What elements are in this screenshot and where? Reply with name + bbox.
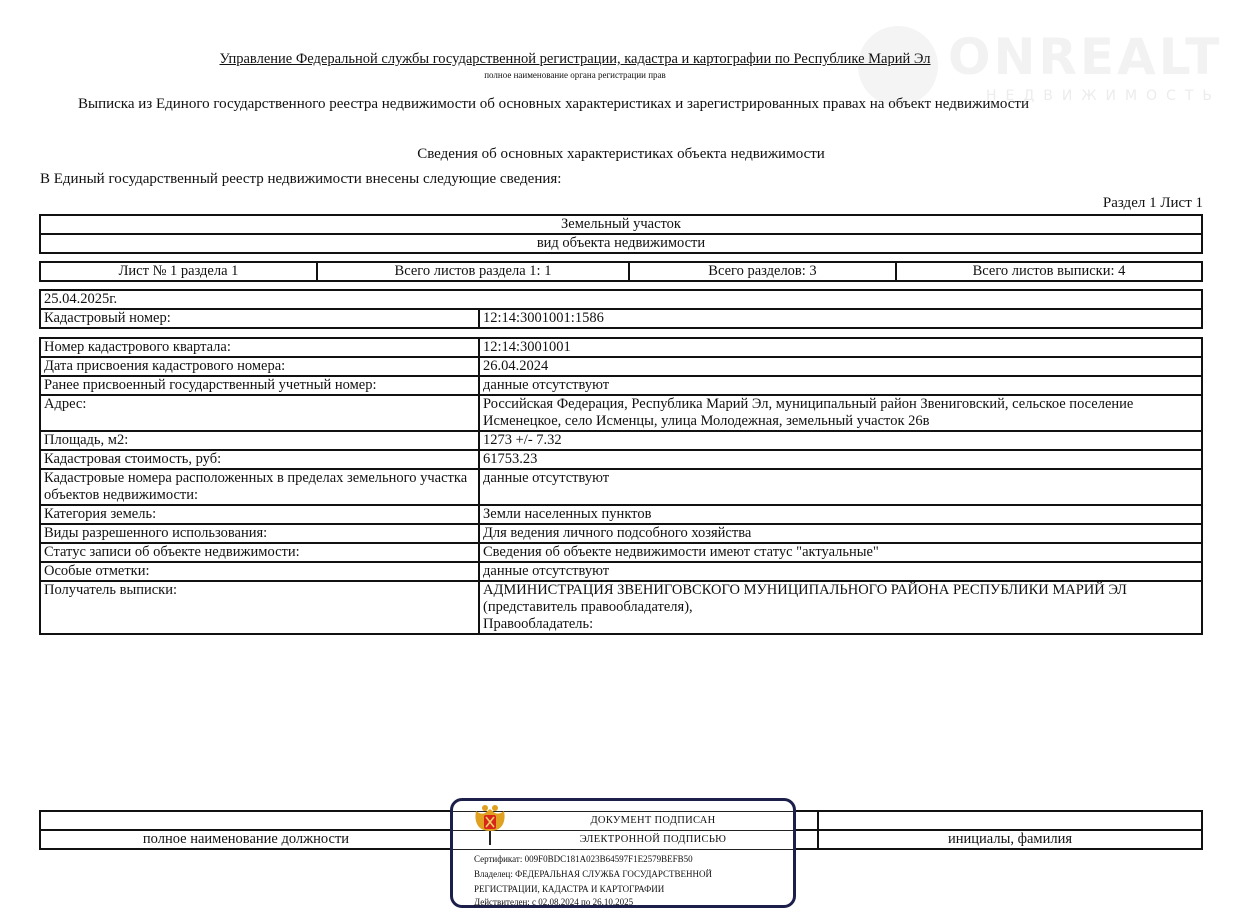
property-value-line: Правообладатель:	[483, 616, 1198, 633]
sheet-number: Лист № 1 раздела 1	[40, 262, 317, 281]
property-value-line: (представитель правообладателя),	[483, 599, 1198, 616]
organization-title: Управление Федеральной службы государств…	[0, 51, 1150, 68]
section-reference: Раздел 1 Лист 1	[1103, 195, 1203, 212]
property-row: Ранее присвоенный государственный учетны…	[40, 376, 1202, 395]
extract-title: Выписка из Единого государственного реес…	[78, 96, 1029, 113]
object-kind-value: Земельный участок	[40, 215, 1202, 234]
property-row: Номер кадастрового квартала:12:14:300100…	[40, 338, 1202, 357]
position-caption: полное наименование должности	[40, 830, 452, 849]
property-label: Кадастровая стоимость, руб:	[40, 450, 479, 469]
stamp-certificate: Сертификат: 009F0BDC181A023B64597F1E2579…	[474, 854, 693, 864]
section-sheets-count: Всего листов раздела 1: 1	[317, 262, 629, 281]
property-row: Кадастровая стоимость, руб:61753.23	[40, 450, 1202, 469]
property-value: 12:14:3001001	[479, 338, 1202, 357]
property-row: Кадастровые номера расположенных в преде…	[40, 469, 1202, 505]
property-value: данные отсутствуют	[479, 562, 1202, 581]
property-label: Виды разрешенного использования:	[40, 524, 479, 543]
property-label: Получатель выписки:	[40, 581, 479, 634]
properties-table: Номер кадастрового квартала:12:14:300100…	[39, 337, 1203, 635]
property-value-line: АДМИНИСТРАЦИЯ ЗВЕНИГОВСКОГО МУНИЦИПАЛЬНО…	[483, 582, 1198, 599]
property-row: Площадь, м2:1273 +/- 7.32	[40, 431, 1202, 450]
name-caption: инициалы, фамилия	[818, 830, 1202, 849]
property-row: Получатель выписки:АДМИНИСТРАЦИЯ ЗВЕНИГО…	[40, 581, 1202, 634]
total-sections: Всего разделов: 3	[629, 262, 896, 281]
property-row: Статус записи об объекте недвижимости:Св…	[40, 543, 1202, 562]
property-value: 1273 +/- 7.32	[479, 431, 1202, 450]
cadastral-number-label: Кадастровый номер:	[40, 309, 479, 328]
property-row: Виды разрешенного использования:Для веде…	[40, 524, 1202, 543]
property-label: Дата присвоения кадастрового номера:	[40, 357, 479, 376]
property-value: данные отсутствуют	[479, 469, 1202, 505]
property-label: Категория земель:	[40, 505, 479, 524]
property-label: Особые отметки:	[40, 562, 479, 581]
total-sheets: Всего листов выписки: 4	[896, 262, 1202, 281]
property-value: Земли населенных пунктов	[479, 505, 1202, 524]
property-row: Особые отметки:данные отсутствуют	[40, 562, 1202, 581]
russian-coat-of-arms-icon	[473, 803, 507, 847]
property-value: Для ведения личного подсобного хозяйства	[479, 524, 1202, 543]
property-row: Адрес:Российская Федерация, Республика М…	[40, 395, 1202, 431]
property-label: Статус записи об объекте недвижимости:	[40, 543, 479, 562]
intro-text: В Единый государственный реестр недвижим…	[40, 171, 561, 188]
property-row: Категория земель:Земли населенных пункто…	[40, 505, 1202, 524]
property-value: Российская Федерация, Республика Марий Э…	[479, 395, 1202, 431]
property-label: Ранее присвоенный государственный учетны…	[40, 376, 479, 395]
property-label: Кадастровые номера расположенных в преде…	[40, 469, 479, 505]
record-date: 25.04.2025г.	[40, 290, 1202, 309]
sheets-table: Лист № 1 раздела 1 Всего листов раздела …	[39, 261, 1203, 282]
property-value: данные отсутствуют	[479, 376, 1202, 395]
property-value: Сведения об объекте недвижимости имеют с…	[479, 543, 1202, 562]
property-label: Адрес:	[40, 395, 479, 431]
property-label: Площадь, м2:	[40, 431, 479, 450]
cadastral-number-value: 12:14:3001001:1586	[479, 309, 1202, 328]
organization-caption: полное наименование органа регистрации п…	[0, 70, 1150, 80]
section-title: Сведения об основных характеристиках объ…	[0, 146, 1242, 163]
stamp-owner-1: Владелец: ФЕДЕРАЛЬНАЯ СЛУЖБА ГОСУДАРСТВЕ…	[474, 869, 712, 879]
stamp-line-1: ДОКУМЕНТ ПОДПИСАН	[513, 815, 793, 826]
property-label: Номер кадастрового квартала:	[40, 338, 479, 357]
electronic-signature-stamp: ДОКУМЕНТ ПОДПИСАН ЭЛЕКТРОННОЙ ПОДПИСЬЮ С…	[450, 798, 796, 908]
property-value: 61753.23	[479, 450, 1202, 469]
stamp-line-2: ЭЛЕКТРОННОЙ ПОДПИСЬЮ	[513, 834, 793, 845]
object-kind-table: Земельный участок вид объекта недвижимос…	[39, 214, 1203, 254]
object-kind-caption: вид объекта недвижимости	[40, 234, 1202, 253]
stamp-validity: Действителен: с 02.08.2024 по 26.10.2025	[474, 897, 633, 907]
stamp-owner-2: РЕГИСТРАЦИИ, КАДАСТРА И КАРТОГРАФИИ	[474, 884, 664, 894]
property-row: Дата присвоения кадастрового номера:26.0…	[40, 357, 1202, 376]
property-value: АДМИНИСТРАЦИЯ ЗВЕНИГОВСКОГО МУНИЦИПАЛЬНО…	[479, 581, 1202, 634]
record-header-table: 25.04.2025г. Кадастровый номер: 12:14:30…	[39, 289, 1203, 329]
property-value: 26.04.2024	[479, 357, 1202, 376]
